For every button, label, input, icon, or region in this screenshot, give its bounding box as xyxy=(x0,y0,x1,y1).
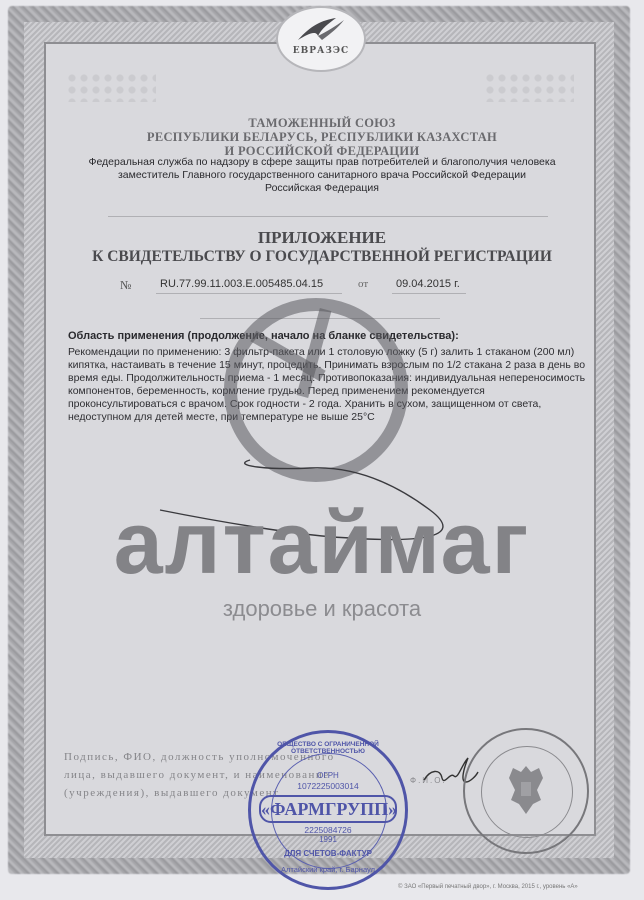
stamp-inn: 2225084726 xyxy=(251,825,405,835)
registration-date: 09.04.2015 г. xyxy=(396,278,460,290)
emblem-label: ЕВРАЗЭС xyxy=(278,46,364,56)
watermark-brand: алтаймаг xyxy=(0,498,644,588)
print-footer: © ЗАО «Первый печатный двор», г. Москва,… xyxy=(398,884,578,890)
certificate-page: ЕВРАЗЭС ТАМОЖЕННЫЙ СОЮЗ РЕСПУБЛИКИ БЕЛАР… xyxy=(0,0,644,900)
stamp-company-name: «ФАРМГРУПП» xyxy=(259,795,397,823)
eurasec-bird-icon xyxy=(296,16,346,42)
signature-label-line-3: (учреждения), выдавшего документ xyxy=(64,784,264,802)
document-title: ПРИЛОЖЕНИЕ xyxy=(60,228,584,248)
signature-label-line-2: лица, выдавшего документ, и наименование xyxy=(64,766,264,784)
date-underline xyxy=(392,293,466,294)
from-label: от xyxy=(358,278,368,290)
header-divider xyxy=(108,216,548,217)
rosette-pattern-left xyxy=(66,72,156,102)
agency-line-1: Федеральная служба по надзору в сфере за… xyxy=(55,156,589,169)
header-line-2: РЕСПУБЛИКИ БЕЛАРУСЬ, РЕСПУБЛИКИ КАЗАХСТА… xyxy=(60,130,584,144)
header-line-1: ТАМОЖЕННЫЙ СОЮЗ xyxy=(60,116,584,130)
registration-number: RU.77.99.11.003.E.005485.04.15 xyxy=(160,278,323,290)
company-stamp: ОБЩЕСТВО С ОГРАНИЧЕННОЙ ОТВЕТСТВЕННОСТЬЮ… xyxy=(248,730,408,890)
stamp-number: 1991 xyxy=(251,835,405,844)
signature-label: Подпись, ФИО, должность уполномоченного … xyxy=(64,748,264,802)
agency-line-3: Российская Федерация xyxy=(55,182,589,195)
eurasec-emblem: ЕВРАЗЭС xyxy=(276,6,366,72)
stamp-ogrn-value: 1072225003014 xyxy=(251,781,405,791)
number-underline xyxy=(156,293,342,294)
stamp-ogrn-label: ОГРН xyxy=(251,771,405,780)
rosette-pattern-right xyxy=(484,72,574,102)
agency-line-2: заместитель Главного государственного са… xyxy=(55,169,589,182)
stamp-ring-bottom-text: ДЛЯ СЧЕТОВ-ФАКТУР xyxy=(251,849,405,858)
number-sign: № xyxy=(120,278,131,293)
double-headed-eagle-icon xyxy=(499,760,553,820)
stamp-ring-top-text: ОБЩЕСТВО С ОГРАНИЧЕННОЙ ОТВЕТСТВЕННОСТЬЮ xyxy=(251,741,405,755)
stamp-region: Алтайский край, г. Барнаул xyxy=(251,865,405,874)
document-subtitle: К СВИДЕТЕЛЬСТВУ О ГОСУДАРСТВЕННОЙ РЕГИСТ… xyxy=(60,248,584,266)
state-seal xyxy=(463,728,589,854)
watermark-tagline: здоровье и красота xyxy=(0,596,644,622)
signature-label-line-1: Подпись, ФИО, должность уполномоченного xyxy=(64,748,264,766)
